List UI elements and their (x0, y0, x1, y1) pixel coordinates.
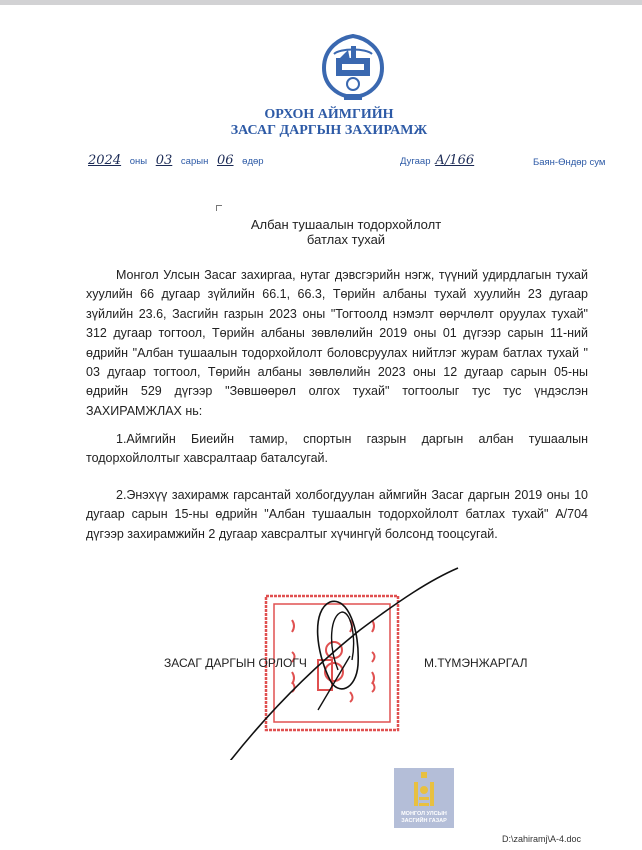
title-corner-mark (216, 205, 222, 211)
month-label: сарын (181, 156, 208, 167)
order-number-line: Дугаар А/166 (400, 153, 476, 168)
file-path: D:\zahiramj\A-4.doc (502, 834, 581, 844)
date-year: 2024 (86, 153, 123, 168)
logo-text-line2: ЗАСГИЙН ГАЗАР (394, 818, 454, 825)
year-label: оны (130, 156, 147, 167)
government-logo: МОНГОЛ УЛСЫН ЗАСГИЙН ГАЗАР (394, 768, 454, 828)
date-line: 2024 оны 03 сарын 06 өдөр (86, 153, 268, 168)
soyombo-icon (394, 768, 454, 810)
place-name: Баян-Өндөр сум (533, 157, 605, 168)
logo-text-line1: МОНГОЛ УЛСЫН (394, 811, 454, 818)
title-line2: батлах тухай (236, 232, 456, 247)
date-month: 03 (154, 153, 175, 168)
preamble-paragraph: Монгол Улсын Засаг захиргаа, нутаг дэвсг… (86, 266, 588, 421)
handwritten-signature (220, 560, 520, 760)
state-emblem-icon (320, 34, 386, 102)
top-bar (0, 0, 642, 5)
document-title: Албан тушаалын тодорхойлолт батлах тухай (236, 217, 456, 247)
org-name-line1: ОРХОН АЙМГИЙН (8, 107, 642, 123)
org-name-line2: ЗАСАГ ДАРГЫН ЗАХИРАМЖ (8, 123, 642, 139)
date-day: 06 (215, 153, 236, 168)
order-item-1: 1.Аймгийн Биеийн тамир, спортын газрын д… (86, 430, 588, 469)
order-item-2: 2.Энэхүү захирамж гарсантай холбогдуулан… (86, 486, 588, 544)
title-line1: Албан тушаалын тодорхойлолт (236, 217, 456, 232)
number-label: Дугаар (400, 156, 431, 167)
day-label: өдөр (242, 156, 263, 167)
order-number: А/166 (433, 153, 476, 168)
